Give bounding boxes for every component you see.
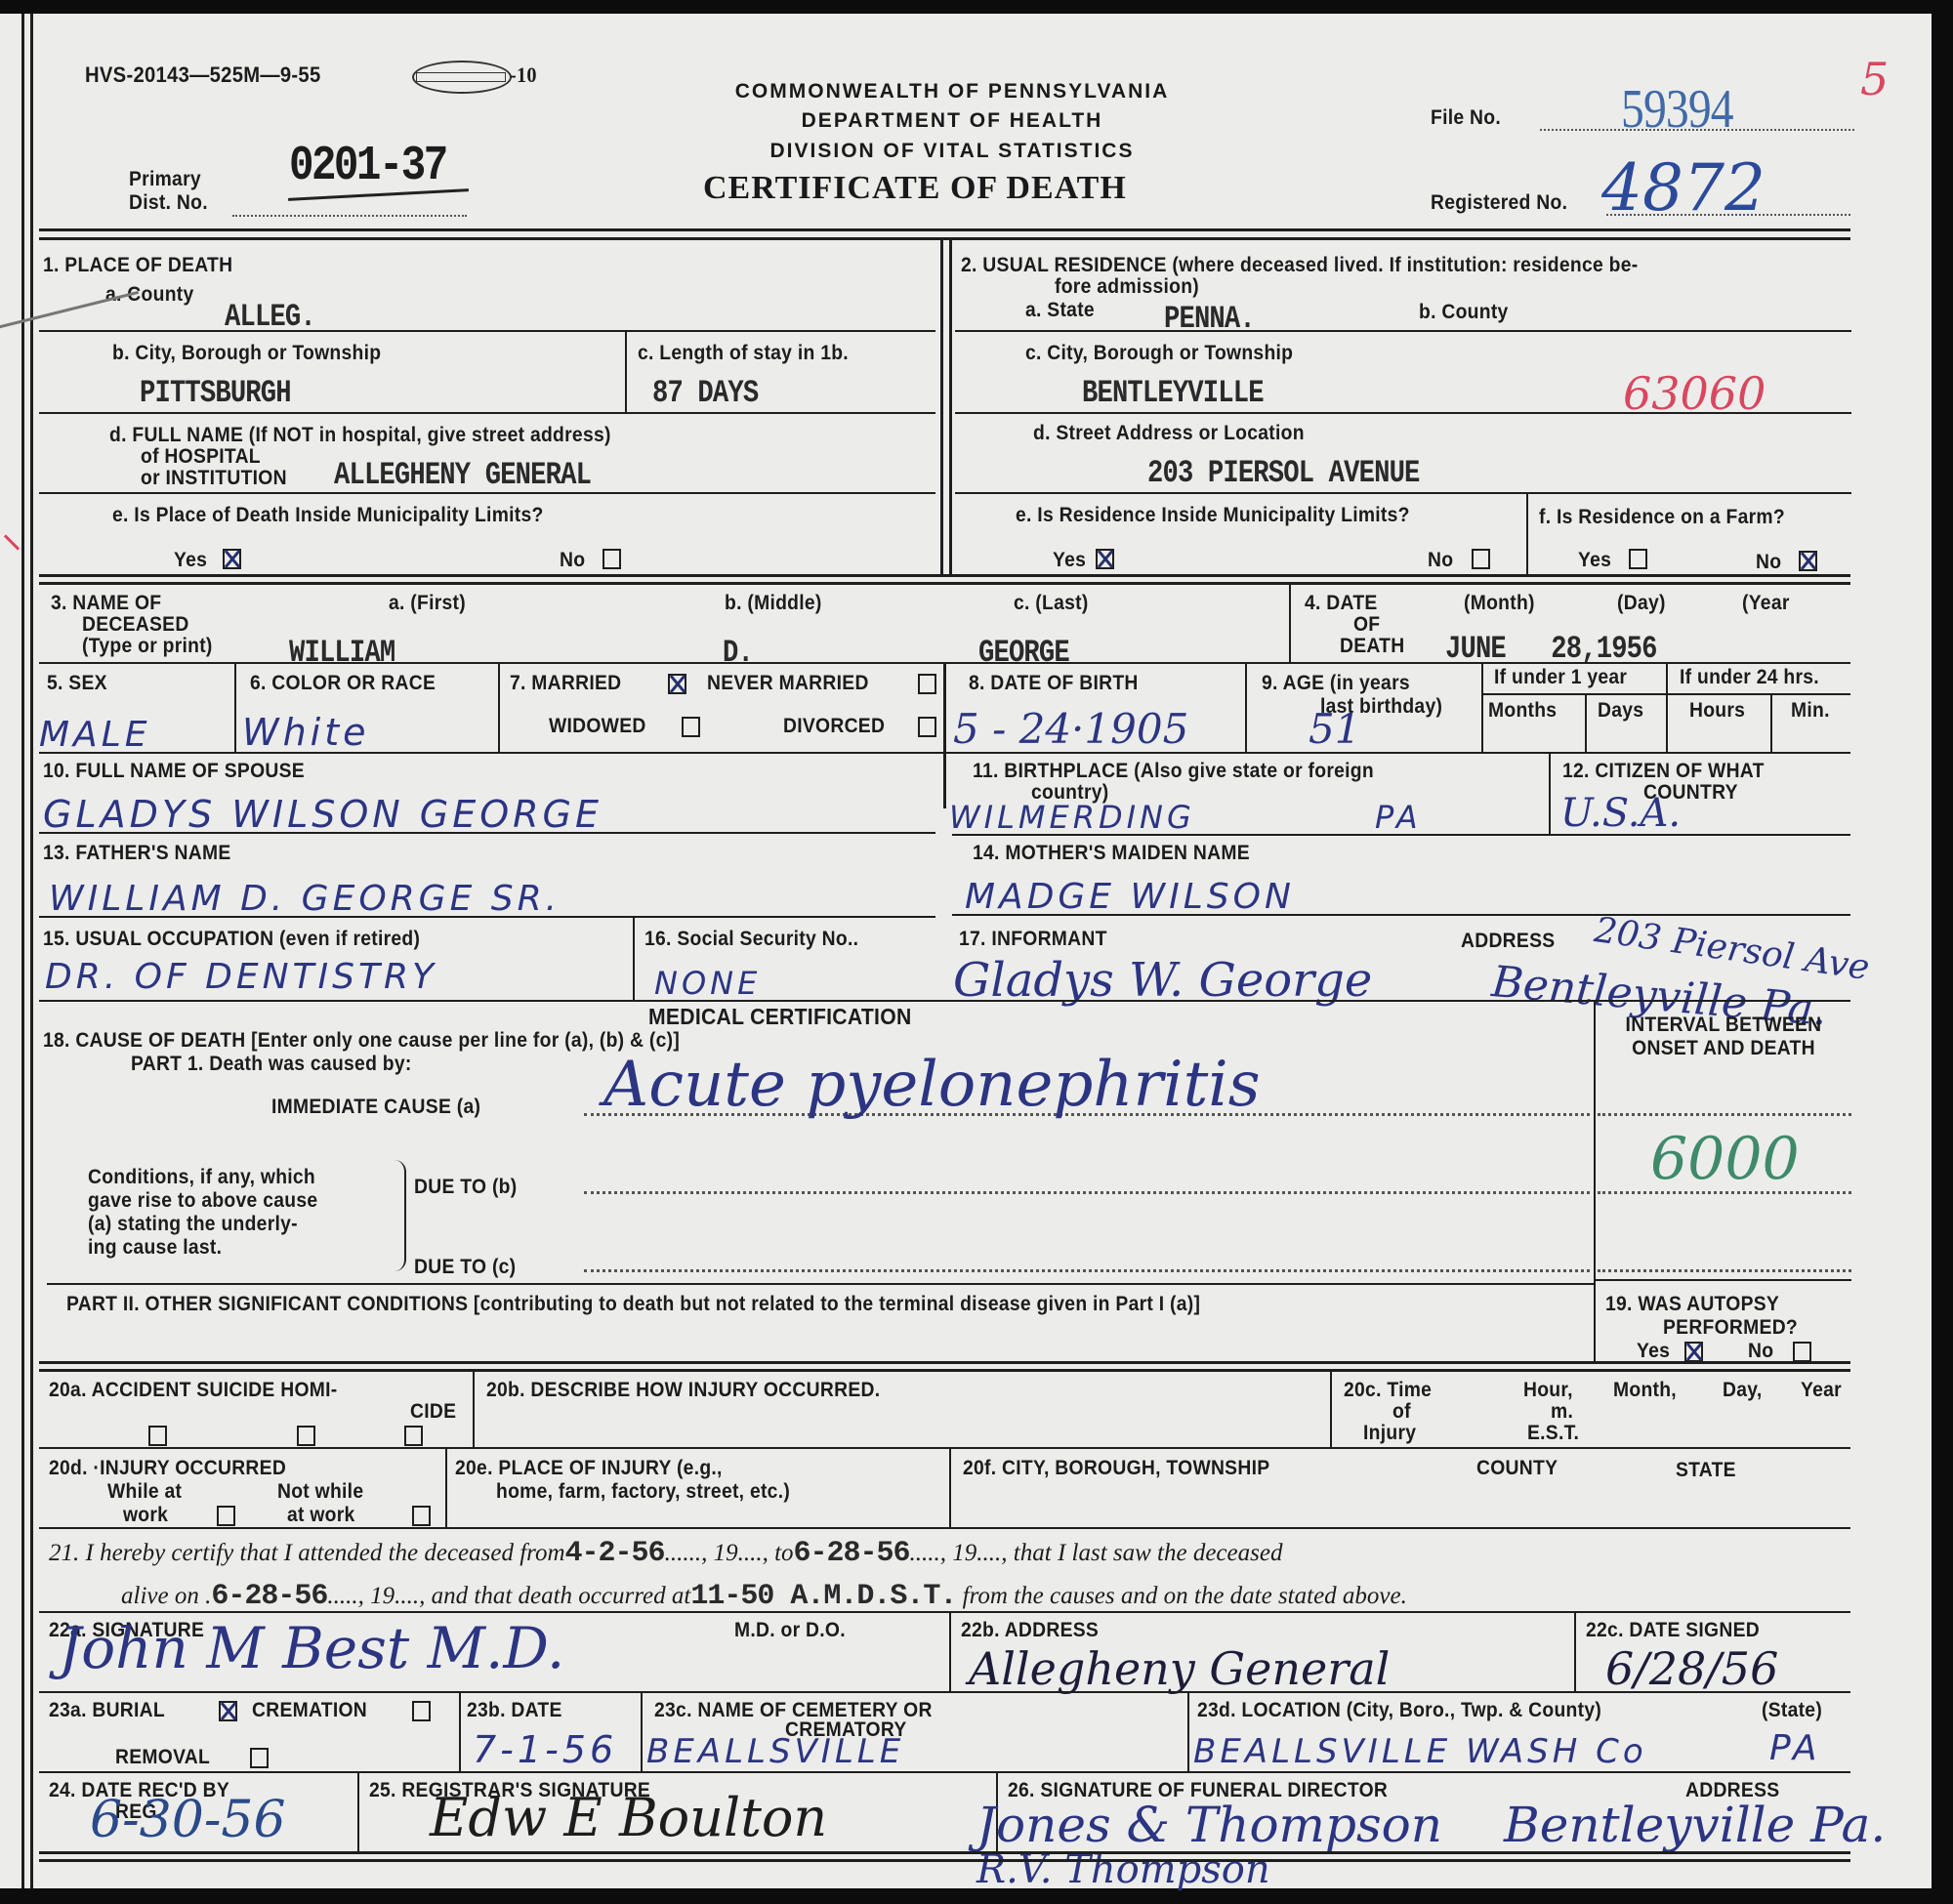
dod-month-label: (Month) — [1464, 592, 1535, 615]
age-label: 9. AGE (in years — [1262, 672, 1410, 695]
rule — [39, 492, 935, 494]
header-rule-1 — [39, 228, 1850, 231]
not-work-label-1: Not while — [277, 1480, 363, 1504]
rule — [952, 914, 1850, 916]
certify-prefix: 21. I hereby certify that I attended the… — [49, 1540, 565, 1566]
autopsy-no-label: No — [1748, 1340, 1773, 1363]
hospital-label-3: or INSTITUTION — [141, 467, 287, 490]
res-inside-yes-label: Yes — [1053, 549, 1086, 572]
header-rule-2 — [39, 237, 1850, 240]
autopsy-label-1: 19. WAS AUTOPSY — [1605, 1293, 1779, 1316]
alive-prefix: alive on . — [121, 1583, 211, 1609]
first-name-value: WILLIAM — [289, 635, 395, 671]
citizen-label: 12. CITIZEN OF WHAT — [1562, 760, 1765, 783]
rule — [39, 582, 1850, 585]
deceased-name-label-3: (Type or print) — [82, 635, 213, 658]
deceased-name-label-2: DECEASED — [82, 613, 189, 637]
conditions-label-3: (a) stating the underly- — [88, 1213, 298, 1236]
union-bug-icon — [412, 61, 512, 94]
file-no-label: File No. — [1431, 106, 1501, 130]
agency-line-2: DEPARTMENT OF HEALTH — [684, 109, 1221, 133]
hospital-label: d. FULL NAME (If NOT in hospital, give s… — [109, 424, 611, 447]
rule — [943, 662, 946, 808]
usual-residence-label-2: fore admission) — [1055, 275, 1199, 299]
rule — [459, 1691, 461, 1771]
autopsy-label-2: PERFORMED? — [1663, 1316, 1798, 1340]
inj-county-label: COUNTY — [1476, 1457, 1558, 1480]
rule — [1289, 582, 1291, 662]
hospital-value: ALLEGHENY GENERAL — [334, 457, 591, 493]
date-of-death-label: 4. DATE — [1305, 592, 1378, 615]
farm-label: f. Is Residence on a Farm? — [1539, 506, 1785, 529]
rule — [1526, 492, 1528, 574]
physician-signature[interactable]: John M Best M.D. — [59, 1615, 564, 1681]
certify-suffix: ....., 19...., that I last saw the decea… — [910, 1540, 1283, 1566]
time-injury-label-3: Injury — [1363, 1422, 1416, 1445]
dod-year-label: (Year — [1742, 592, 1790, 615]
ssn-label: 16. Social Security No.. — [644, 928, 858, 951]
farm-no-label: No — [1756, 551, 1781, 574]
rule — [955, 412, 1851, 414]
divorced-checkbox[interactable] — [918, 717, 936, 737]
rule — [1187, 1691, 1189, 1771]
res-inside-no-checkbox[interactable] — [1472, 549, 1490, 569]
res-street-value: 203 PIERSOL AVENUE — [1147, 455, 1420, 491]
removal-label: REMOVAL — [115, 1746, 210, 1769]
rule — [47, 1283, 1595, 1285]
date-signed-label: 22c. DATE SIGNED — [1586, 1619, 1760, 1642]
rule — [1481, 662, 1483, 752]
res-city-value: BENTLEYVILLE — [1082, 375, 1264, 411]
under-1-year-label: If under 1 year — [1494, 666, 1627, 689]
rule — [955, 330, 1851, 332]
res-county-label: b. County — [1419, 301, 1509, 324]
usual-residence-label: 2. USUAL RESIDENCE (where deceased lived… — [961, 254, 1638, 277]
inside-limits-yes-label: Yes — [174, 549, 207, 572]
md-do-label: M.D. or D.O. — [734, 1619, 846, 1642]
certificate-title: CERTIFICATE OF DEATH — [703, 170, 1127, 207]
sex-label: 5. SEX — [47, 672, 107, 695]
informant-label: 17. INFORMANT — [959, 928, 1107, 951]
file-no-value: 59394 — [1621, 78, 1733, 141]
mother-value: MADGE WILSON — [965, 877, 1295, 917]
time-of-death: 11-50 A.M.D.S.T. — [690, 1580, 956, 1613]
part1-label: PART 1. Death was caused by: — [131, 1053, 412, 1076]
primary-dist-number: 0201-37 — [289, 139, 446, 194]
registered-no-value: 4872 — [1601, 150, 1766, 226]
burial-date-value: 7-1-56 — [473, 1728, 617, 1771]
dist-no-label: Dist. No. — [129, 191, 208, 215]
location-label: 23d. LOCATION (City, Boro., Twp. & Count… — [1197, 1699, 1601, 1722]
informant-address-label: ADDRESS — [1461, 930, 1555, 953]
attended-to: 6-28-56 — [794, 1537, 910, 1570]
race-value: White — [242, 711, 370, 754]
immediate-cause-value[interactable]: Acute pyelonephritis — [603, 1049, 1261, 1121]
part2-label: PART II. OTHER SIGNIFICANT CONDITIONS [c… — [66, 1293, 1200, 1316]
place-injury-label-1: 20e. PLACE OF INJURY (e.g., — [455, 1457, 723, 1480]
date-of-death-label-3: DEATH — [1340, 635, 1404, 658]
conditions-label-4: ing cause last. — [88, 1236, 222, 1260]
agency-line-1: COMMONWEALTH OF PENNSYLVANIA — [684, 80, 1221, 103]
not-work-checkbox[interactable] — [412, 1506, 431, 1526]
rule — [1574, 1611, 1576, 1691]
days-label: Days — [1598, 699, 1643, 723]
certify-line-1: 21. I hereby certify that I attended the… — [49, 1537, 1282, 1570]
primary-dist-label: Primary — [129, 168, 201, 191]
due-to-b-label: DUE TO (b) — [414, 1176, 517, 1199]
certify-line-2: alive on .6-28-56....., 19...., and that… — [121, 1580, 1407, 1613]
interval-label-2: ONSET AND DEATH — [1611, 1037, 1836, 1060]
rule — [633, 916, 635, 1000]
rule — [1585, 693, 1587, 752]
spouse-label: 10. FULL NAME OF SPOUSE — [43, 760, 305, 783]
rule — [1594, 1000, 1596, 1361]
res-city-label: c. City, Borough or Township — [1025, 342, 1293, 365]
rule — [498, 662, 500, 752]
rule — [625, 330, 627, 413]
location-state-label: (State) — [1762, 1699, 1822, 1722]
dob-value: 5 - 24·1905 — [953, 705, 1188, 753]
sex-value: MALE — [39, 715, 151, 755]
deceased-name-label: 3. NAME OF — [51, 592, 161, 615]
last-name-label: c. (Last) — [1014, 592, 1089, 615]
removal-checkbox[interactable] — [250, 1748, 269, 1768]
race-label: 6. COLOR OR RACE — [250, 672, 436, 695]
registrar-signature[interactable]: Edw E Boulton — [430, 1787, 827, 1848]
certify-mid: ......, 19...., to — [665, 1540, 794, 1566]
rule — [39, 832, 935, 834]
rule — [39, 330, 935, 332]
rule — [949, 1447, 951, 1527]
inj-day-label: Day, — [1723, 1379, 1762, 1402]
res-inside-yes-checkbox[interactable] — [1096, 549, 1114, 569]
homicide-label-2: CIDE — [410, 1400, 456, 1424]
res-street-label: d. Street Address or Location — [1033, 422, 1305, 445]
interval-line-a — [1598, 1113, 1851, 1116]
rule — [39, 1369, 1850, 1372]
rule — [39, 1859, 1850, 1862]
interval-code: 6000 — [1650, 1125, 1800, 1193]
location-value: BEALLSVILLE WASH Co — [1193, 1732, 1647, 1771]
immediate-cause-label: IMMEDIATE CAUSE (a) — [271, 1096, 480, 1119]
rule — [357, 1771, 359, 1851]
last-seen-date: 6-28-56 — [211, 1580, 327, 1613]
corner-mark: 5 — [1860, 53, 1889, 105]
due-to-c-line[interactable] — [584, 1269, 1590, 1272]
birthplace-state: PA — [1375, 799, 1422, 836]
stay-label: c. Length of stay in 1b. — [638, 342, 849, 365]
rule — [1770, 693, 1772, 752]
rule — [234, 662, 236, 752]
middle-name-label: b. (Middle) — [725, 592, 822, 615]
left-border-outer — [21, 14, 24, 1888]
due-to-b-line[interactable] — [584, 1191, 1590, 1194]
farm-yes-checkbox[interactable] — [1629, 549, 1647, 569]
agency-line-3: DIVISION OF VITAL STATISTICS — [684, 140, 1221, 163]
cremation-checkbox[interactable] — [412, 1701, 431, 1721]
occupation-label: 15. USUAL OCCUPATION (even if retired) — [43, 928, 420, 951]
never-married-checkbox[interactable] — [918, 674, 936, 694]
hospital-label-2: of HOSPITAL — [141, 445, 261, 469]
funeral-director-signature[interactable]: Jones & Thompson — [976, 1797, 1442, 1853]
suicide-checkbox[interactable] — [297, 1426, 315, 1446]
funeral-address-value: Bentleyville Pa. — [1504, 1797, 1886, 1853]
age-value: 51 — [1309, 705, 1360, 753]
rule — [1594, 1279, 1851, 1281]
rule — [39, 574, 1850, 577]
rule — [1330, 1369, 1332, 1447]
widowed-checkbox[interactable] — [682, 717, 700, 737]
section-divider-1 — [940, 237, 943, 574]
widowed-label: WIDOWED — [549, 715, 646, 738]
city-value: PITTSBURGH — [140, 375, 291, 411]
left-border-inner — [30, 14, 33, 1888]
due-to-c-label: DUE TO (c) — [414, 1256, 516, 1279]
res-inside-limits-label: e. Is Residence Inside Municipality Limi… — [1016, 504, 1410, 527]
inj-year-label: Year — [1801, 1379, 1842, 1402]
autopsy-yes-checkbox[interactable] — [1684, 1342, 1703, 1362]
interval-label-1: INTERVAL BETWEEN — [1611, 1014, 1836, 1037]
alive-suffix: from the causes and on the date stated a… — [963, 1583, 1407, 1609]
father-value: WILLIAM D. GEORGE SR. — [49, 879, 561, 919]
cemetery-value: BEALLSVILLE — [646, 1732, 904, 1771]
margin-red-x — [4, 534, 20, 550]
homicide-checkbox[interactable] — [404, 1426, 423, 1446]
manner-label: 20a. ACCIDENT SUICIDE HOMI- — [49, 1379, 338, 1402]
at-work-checkbox[interactable] — [217, 1506, 235, 1526]
rule — [39, 1447, 1850, 1449]
inj-state-label: STATE — [1676, 1459, 1736, 1482]
rule — [955, 492, 1851, 494]
death-certificate: HVS-20143—525M—9-55 -10 Primary Dist. No… — [0, 14, 1932, 1888]
rule — [39, 916, 935, 918]
birthplace-label: 11. BIRTHPLACE (Also give state or forei… — [973, 760, 1374, 783]
dob-label: 8. DATE OF BIRTH — [969, 672, 1139, 695]
form-code: HVS-20143—525M—9-55 — [85, 62, 321, 88]
registered-no-label: Registered No. — [1431, 191, 1567, 215]
hour-label-1: Hour, — [1523, 1379, 1573, 1402]
inj-city-label: 20f. CITY, BOROUGH, TOWNSHIP — [963, 1457, 1269, 1480]
hours-label: Hours — [1689, 699, 1745, 723]
spouse-value: GLADYS WILSON GEORGE — [43, 793, 603, 836]
rule — [39, 752, 1850, 754]
city-label: b. City, Borough or Township — [112, 342, 381, 365]
cremation-label: CREMATION — [252, 1699, 367, 1722]
rule — [39, 1771, 1850, 1773]
burial-checkbox[interactable] — [219, 1701, 237, 1721]
interval-line-c — [1598, 1269, 1851, 1272]
rule — [1666, 662, 1668, 752]
date-recd-value: 6-30-56 — [90, 1791, 286, 1849]
father-label: 13. FATHER'S NAME — [43, 842, 231, 865]
rule — [39, 1000, 1850, 1002]
farm-yes-label: Yes — [1578, 549, 1611, 572]
rule — [949, 1611, 951, 1691]
res-state-label: a. State — [1025, 299, 1095, 322]
time-injury-label-1: 20c. Time — [1344, 1379, 1432, 1402]
rule — [39, 1691, 1850, 1693]
physician-address-label: 22b. ADDRESS — [961, 1619, 1099, 1642]
divorced-label: DIVORCED — [783, 715, 885, 738]
middle-name-value: D. — [723, 635, 753, 671]
hour-label-2: m. — [1551, 1400, 1573, 1424]
rule — [952, 834, 1850, 836]
at-work-label-1: While at — [107, 1480, 182, 1504]
under-24-label: If under 24 hrs. — [1680, 666, 1819, 689]
place-injury-label-2: home, farm, factory, street, etc.) — [496, 1480, 790, 1504]
rule — [445, 1447, 447, 1527]
location-state-value: PA — [1769, 1728, 1821, 1768]
dod-day-label: (Day) — [1617, 592, 1666, 615]
autopsy-no-checkbox[interactable] — [1793, 1342, 1811, 1362]
occupation-value: DR. OF DENTISTRY — [45, 957, 437, 997]
date-of-death-label-2: OF — [1353, 613, 1380, 637]
inside-limits-no-checkbox[interactable] — [603, 549, 621, 569]
never-married-label: NEVER MARRIED — [707, 672, 869, 695]
inside-limits-label: e. Is Place of Death Inside Municipality… — [112, 504, 544, 527]
attended-from: 4-2-56 — [565, 1537, 665, 1570]
physician-address-value: Allegheny General — [969, 1642, 1390, 1695]
rule — [39, 1527, 1850, 1529]
rule — [39, 1611, 1850, 1613]
months-label: Months — [1488, 699, 1557, 723]
rule — [39, 1361, 1850, 1364]
time-injury-label-2: of — [1392, 1400, 1411, 1424]
last-name-value: GEORGE — [978, 635, 1069, 671]
accident-checkbox[interactable] — [148, 1426, 167, 1446]
section-divider-2 — [949, 237, 952, 574]
citizen-value: U.S.A. — [1560, 791, 1681, 836]
describe-injury-label: 20b. DESCRIBE HOW INJURY OCCURRED. — [486, 1379, 880, 1402]
primary-dist-underline — [232, 215, 467, 217]
inside-limits-no-label: No — [560, 549, 585, 572]
mother-label: 14. MOTHER'S MAIDEN NAME — [973, 842, 1250, 865]
rule — [39, 1851, 1850, 1854]
rule — [641, 1691, 643, 1771]
married-label: 7. MARRIED — [510, 672, 621, 695]
autopsy-yes-label: Yes — [1637, 1340, 1670, 1363]
rule — [1245, 662, 1247, 752]
union-bug-suffix: -10 — [510, 62, 537, 88]
conditions-brace — [393, 1160, 406, 1271]
farm-no-checkbox[interactable] — [1799, 551, 1817, 571]
place-of-death-label: 1. PLACE OF DEATH — [43, 254, 232, 277]
not-work-label-2: at work — [287, 1504, 355, 1527]
inside-limits-yes-checkbox[interactable] — [223, 549, 241, 569]
married-checkbox[interactable] — [668, 674, 686, 694]
res-inside-no-label: No — [1428, 549, 1453, 572]
rule — [473, 1369, 475, 1447]
burial-date-label: 23b. DATE — [467, 1699, 562, 1722]
date-signed-value: 6/28/56 — [1605, 1642, 1778, 1695]
hour-label-3: E.S.T. — [1527, 1422, 1579, 1445]
at-work-label-2: work — [123, 1504, 168, 1527]
injury-occurred-label: 20d. ·INJURY OCCURRED — [49, 1457, 286, 1480]
birthplace-value: WILMERDING — [949, 799, 1195, 836]
stay-value: 87 DAYS — [652, 375, 758, 411]
medical-certification-title: MEDICAL CERTIFICATION — [648, 1004, 912, 1030]
min-label: Min. — [1791, 699, 1830, 723]
burial-label: 23a. BURIAL — [49, 1699, 165, 1722]
rule — [1549, 752, 1551, 834]
first-name-label: a. (First) — [389, 592, 466, 615]
rule — [39, 412, 935, 414]
conditions-label-2: gave rise to above cause — [88, 1189, 317, 1213]
ssn-value: NONE — [654, 965, 761, 1002]
cause-of-death-label: 18. CAUSE OF DEATH [Enter only one cause… — [43, 1029, 680, 1053]
conditions-label-1: Conditions, if any, which — [88, 1166, 315, 1189]
alive-mid: ....., 19...., and that death occurred a… — [327, 1583, 690, 1609]
inj-month-label: Month, — [1613, 1379, 1677, 1402]
